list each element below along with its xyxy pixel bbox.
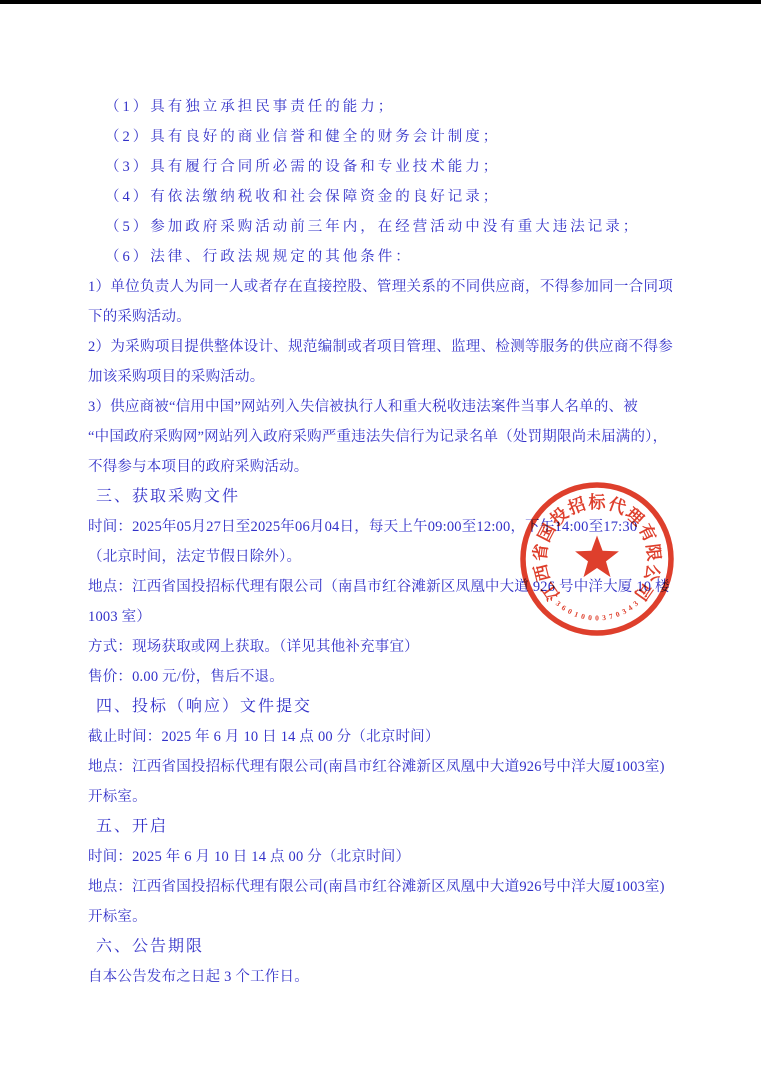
qualification-item-5: （5）参加政府采购活动前三年内，在经营活动中没有重大违法记录； [88,212,673,242]
obtain-location-line-2: 1003 室） [88,602,673,632]
restriction-clause-1-line-1: 1）单位负责人为同一人或者存在直接控股、管理关系的不同供应商，不得参加同一合同项 [88,272,673,302]
qualification-item-4: （4）有依法缴纳税收和社会保障资金的良好记录； [88,182,673,212]
restriction-clause-2-line-1: 2）为采购项目提供整体设计、规范编制或者项目管理、监理、检测等服务的供应商不得参 [88,332,673,362]
announcement-period: 自本公告发布之日起 3 个工作日。 [88,962,673,992]
restriction-clause-3-line-3: 不得参与本项目的政府采购活动。 [88,452,673,482]
restriction-clause-1-line-2: 下的采购活动。 [88,302,673,332]
qualification-item-6: （6）法律、行政法规规定的其他条件： [88,242,673,272]
scan-top-border [0,0,761,4]
obtain-method: 方式：现场获取或网上获取。（详见其他补充事宜） [88,632,673,662]
obtain-time-line-2: （北京时间，法定节假日除外）。 [88,542,673,572]
restriction-clause-2-line-2: 加该采购项目的采购活动。 [88,362,673,392]
opening-location-line-2: 开标室。 [88,902,673,932]
obtain-location-line-1: 地点：江西省国投招标代理有限公司（南昌市红谷滩新区凤凰中大道 926 号中洋大厦… [88,572,673,602]
section-heading-bid-submission: 四、投标（响应）文件提交 [88,692,673,722]
qualification-item-1: （1）具有独立承担民事责任的能力； [88,92,673,122]
restriction-clause-3-line-2: “中国政府采购网”网站列入政府采购严重违法失信行为记录名单（处罚期限尚未届满的）… [88,422,673,452]
submission-location-line-1: 地点：江西省国投招标代理有限公司(南昌市红谷滩新区凤凰中大道926号中洋大厦10… [88,752,673,782]
opening-time: 时间：2025 年 6 月 10 日 14 点 00 分（北京时间） [88,842,673,872]
qualification-item-3: （3）具有履行合同所必需的设备和专业技术能力； [88,152,673,182]
submission-location-line-2: 开标室。 [88,782,673,812]
obtain-time-line-1: 时间：2025年05月27日至2025年06月04日，每天上午09:00至12:… [88,512,673,542]
restriction-clause-3-line-1: 3）供应商被“信用中国”网站列入失信被执行人和重大税收违法案件当事人名单的、被 [88,392,673,422]
section-heading-bid-opening: 五、开启 [88,812,673,842]
submission-deadline: 截止时间：2025 年 6 月 10 日 14 点 00 分（北京时间） [88,722,673,752]
obtain-price: 售价：0.00 元/份，售后不退。 [88,662,673,692]
procurement-announcement-page: （1）具有独立承担民事责任的能力； （2）具有良好的商业信誉和健全的财务会计制度… [88,92,673,992]
section-heading-obtain-documents: 三、获取采购文件 [88,482,673,512]
section-heading-announcement-period: 六、公告期限 [88,932,673,962]
opening-location-line-1: 地点：江西省国投招标代理有限公司(南昌市红谷滩新区凤凰中大道926号中洋大厦10… [88,872,673,902]
qualification-item-2: （2）具有良好的商业信誉和健全的财务会计制度； [88,122,673,152]
